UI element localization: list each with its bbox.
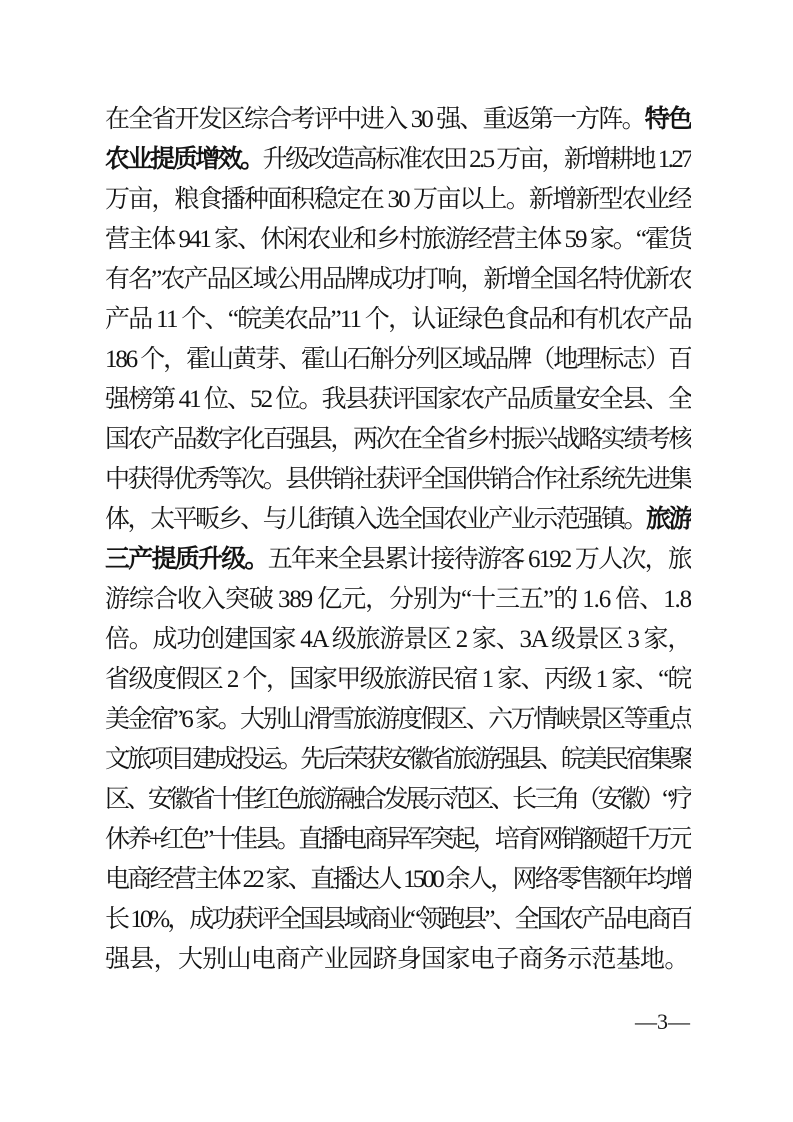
bold-text-segment: 特色 — [645, 106, 691, 133]
text-segment: 中获得优秀等次。县供销社获评全国供销合作社系统先进集 — [105, 466, 691, 493]
page-number: —3— — [635, 1008, 690, 1036]
bold-text-segment: 农业提质增效。 — [105, 146, 263, 173]
text-segment: 文旅项目建成投运。先后荣获安徽省旅游强县、皖美民宿集聚 — [105, 746, 691, 773]
text-line: 倍。成功创建国家 4A 级旅游景区 2 家、3A 级景区 3 家， — [105, 620, 691, 660]
text-segment: 区、安徽省十佳红色旅游融合发展示范区、长三角（安徽）“疗 — [105, 786, 691, 813]
text-line: 有名”农产品区域公用品牌成功打响，新增全国名特优新农 — [105, 260, 691, 300]
bold-text-segment: 旅游 — [646, 506, 691, 533]
text-line: 美金宿”6 家。大别山滑雪旅游度假区、六万情峡景区等重点 — [105, 700, 691, 740]
text-line: 休养+红色”十佳县。直播电商异军突起，培育网销额超千万元 — [105, 820, 691, 860]
text-line: 三产提质升级。五年来全县累计接待游客 6192 万人次，旅 — [105, 540, 691, 580]
text-line: 体，太平畈乡、与儿街镇入选全国农业产业示范强镇。旅游 — [105, 500, 691, 540]
text-line: 186 个，霍山黄芽、霍山石斛分列区域品牌（地理标志）百 — [105, 340, 691, 380]
text-segment: 升级改造高标准农田 2.5 万亩，新增耕地 1.27 — [263, 146, 691, 173]
text-segment: 游综合收入突破 389 亿元，分别为“十三五”的 1.6 倍、1.8 — [105, 586, 691, 613]
text-segment: 强县，大别山电商产业园跻身国家电子商务示范基地。 — [105, 946, 689, 973]
text-line: 省级度假区 2 个，国家甲级旅游民宿 1 家、丙级 1 家、“皖 — [105, 660, 691, 700]
text-segment: 体，太平畈乡、与儿街镇入选全国农业产业示范强镇。 — [105, 506, 646, 533]
text-segment: 省级度假区 2 个，国家甲级旅游民宿 1 家、丙级 1 家、“皖 — [105, 666, 691, 693]
text-line: 长 10%，成功获评全国县域商业“领跑县”、全国农产品电商百 — [105, 900, 691, 940]
text-line: 区、安徽省十佳红色旅游融合发展示范区、长三角（安徽）“疗 — [105, 780, 691, 820]
text-line: 农业提质增效。升级改造高标准农田 2.5 万亩，新增耕地 1.27 — [105, 140, 691, 180]
text-segment: 万亩，粮食播种面积稳定在 30 万亩以上。新增新型农业经 — [105, 186, 691, 213]
document-page: 在全省开发区综合考评中进入 30 强、重返第一方阵。特色农业提质增效。升级改造高… — [0, 0, 793, 1122]
text-segment: 强榜第 41 位、52 位。我县获评国家农产品质量安全县、全 — [105, 386, 691, 413]
text-line: 在全省开发区综合考评中进入 30 强、重返第一方阵。特色 — [105, 100, 691, 140]
text-line: 文旅项目建成投运。先后荣获安徽省旅游强县、皖美民宿集聚 — [105, 740, 691, 780]
text-segment: 美金宿”6 家。大别山滑雪旅游度假区、六万情峡景区等重点 — [105, 706, 691, 733]
text-line: 强县，大别山电商产业园跻身国家电子商务示范基地。 — [105, 940, 691, 980]
text-segment: 倍。成功创建国家 4A 级旅游景区 2 家、3A 级景区 3 家， — [105, 626, 691, 653]
text-segment: 产品 11 个、“皖美农品”11 个，认证绿色食品和有机农产品 — [105, 306, 691, 333]
text-segment: 休养+红色”十佳县。直播电商异军突起，培育网销额超千万元 — [105, 826, 691, 853]
text-segment: 国农产品数字化百强县，两次在全省乡村振兴战略实绩考核 — [105, 426, 691, 453]
text-line: 游综合收入突破 389 亿元，分别为“十三五”的 1.6 倍、1.8 — [105, 580, 691, 620]
body-text: 在全省开发区综合考评中进入 30 强、重返第一方阵。特色农业提质增效。升级改造高… — [105, 100, 691, 980]
text-segment: 五年来全县累计接待游客 6192 万人次，旅 — [268, 546, 691, 573]
text-line: 万亩，粮食播种面积稳定在 30 万亩以上。新增新型农业经 — [105, 180, 691, 220]
text-line: 产品 11 个、“皖美农品”11 个，认证绿色食品和有机农产品 — [105, 300, 691, 340]
text-segment: 电商经营主体 22 家、直播达人 1500 余人，网络零售额年均增 — [105, 866, 691, 893]
text-line: 营主体 941 家、休闲农业和乡村旅游经营主体 59 家。“霍货 — [105, 220, 691, 260]
text-segment: 有名”农产品区域公用品牌成功打响，新增全国名特优新农 — [105, 266, 691, 293]
bold-text-segment: 三产提质升级。 — [105, 546, 268, 573]
text-line: 强榜第 41 位、52 位。我县获评国家农产品质量安全县、全 — [105, 380, 691, 420]
text-line: 国农产品数字化百强县，两次在全省乡村振兴战略实绩考核 — [105, 420, 691, 460]
text-segment: 186 个，霍山黄芽、霍山石斛分列区域品牌（地理标志）百 — [105, 346, 691, 373]
text-line: 电商经营主体 22 家、直播达人 1500 余人，网络零售额年均增 — [105, 860, 691, 900]
text-line: 中获得优秀等次。县供销社获评全国供销合作社系统先进集 — [105, 460, 691, 500]
text-segment: 营主体 941 家、休闲农业和乡村旅游经营主体 59 家。“霍货 — [105, 226, 691, 253]
text-segment: 长 10%，成功获评全国县域商业“领跑县”、全国农产品电商百 — [105, 906, 691, 933]
text-segment: 在全省开发区综合考评中进入 30 强、重返第一方阵。 — [105, 106, 645, 133]
